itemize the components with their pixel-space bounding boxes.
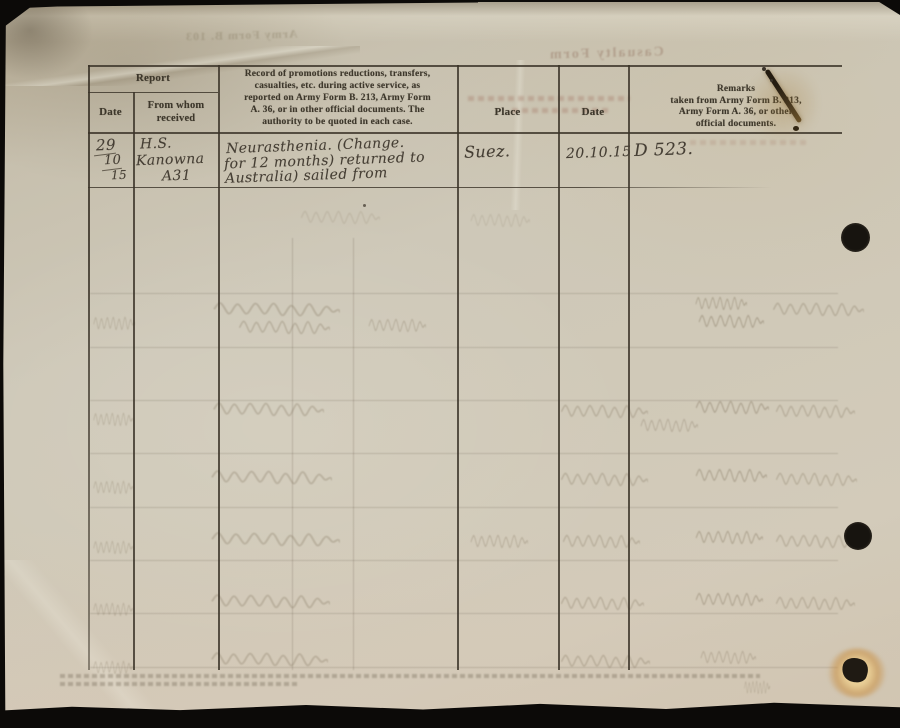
date-column-rule	[133, 92, 135, 670]
bleed-through-handwriting	[93, 601, 133, 616]
bleed-through-handwriting	[695, 529, 763, 545]
bleed-through-handwriting	[775, 471, 857, 487]
bleed-through-handwriting	[695, 295, 747, 310]
record-note-line: casualties, etc. during active service, …	[221, 80, 454, 92]
report-subheader-rule	[88, 92, 218, 93]
punch-hole	[844, 522, 872, 550]
bleed-through-handwriting	[93, 411, 133, 426]
bleed-through-rule	[90, 613, 838, 614]
bleed-through-handwriting	[368, 317, 426, 333]
bleed-through-rule	[90, 347, 838, 348]
bleed-through-handwriting	[238, 319, 330, 335]
bleed-through-handwriting	[300, 209, 380, 225]
record-note-line: A. 36, or in other official documents. T…	[221, 104, 454, 116]
report-group-header: Report	[88, 72, 218, 84]
bleed-through-handwriting	[700, 649, 756, 664]
bleed-through-rule	[353, 238, 354, 670]
entry-remarks-reference: D 523.	[634, 139, 694, 161]
bleed-through-handwriting	[695, 591, 763, 607]
entry-report-date-day: 29	[96, 136, 117, 155]
bleed-through-handwriting	[560, 653, 650, 669]
place-column-rule	[558, 65, 560, 670]
date-header: Date	[558, 106, 628, 118]
record-note-line: reported on Army Form B. 213, Army Form	[221, 92, 454, 104]
entry-place: Suez.	[464, 141, 511, 162]
bleed-through-handwriting	[775, 403, 855, 419]
bleed-through-handwriting	[470, 533, 528, 549]
bleed-through-print	[60, 682, 300, 686]
bleed-through-handwriting	[560, 471, 648, 487]
fromwhom-column-rule	[218, 65, 220, 670]
bleed-through-rule	[90, 667, 838, 668]
place-header: Place	[457, 106, 558, 118]
record-note-line: Record of promotions reductions, transfe…	[221, 68, 454, 80]
bleed-through-handwriting	[744, 680, 770, 695]
bleed-through-rule	[90, 293, 838, 294]
entry-from-whom-ship-number: A31	[162, 167, 192, 184]
bleed-through-handwriting	[640, 417, 698, 433]
ink-smudge-halo	[748, 62, 818, 146]
ink-speck	[762, 67, 766, 71]
ghost-form-number: Army Form B. 103	[185, 27, 298, 45]
bleed-through-handwriting	[212, 401, 324, 418]
scanned-casualty-form-page: Army Form B. 103 Casualty Form	[0, 0, 900, 728]
record-note-line: authority to be quoted in each case.	[221, 116, 454, 128]
entry-report-date-year: 15	[111, 168, 128, 183]
bleed-through-handwriting	[560, 403, 648, 419]
entry-date: 20.10.15	[566, 144, 632, 162]
bleed-through-handwriting	[775, 595, 855, 611]
bleed-through-handwriting	[93, 315, 135, 330]
record-column-note: Record of promotions reductions, transfe…	[221, 68, 454, 128]
bleed-through-handwriting	[93, 479, 133, 494]
entry-from-whom-ship-name: Kanowna	[136, 151, 205, 169]
bleed-through-handwriting	[695, 467, 767, 483]
ink-speck	[363, 204, 366, 207]
bleed-through-rule	[90, 560, 838, 561]
record-column-rule	[457, 65, 459, 670]
from-whom-header: From whom received	[137, 99, 215, 125]
bleed-through-handwriting	[93, 659, 133, 674]
bleed-through-handwriting	[695, 399, 769, 415]
table-left-rule	[88, 65, 90, 670]
bleed-through-print	[60, 674, 760, 678]
ghost-form-title: Casualty Form	[548, 44, 664, 63]
table-top-rule	[88, 65, 842, 67]
ink-speck	[770, 79, 773, 82]
entry-from-whom-ship-prefix: H.S.	[140, 135, 172, 152]
bleed-through-handwriting	[772, 301, 864, 317]
bleed-through-handwriting	[93, 539, 133, 554]
bleed-through-print	[468, 96, 630, 101]
report-date-header: Date	[88, 106, 133, 118]
ink-speck	[793, 126, 799, 131]
header-bottom-rule	[88, 132, 842, 134]
bleed-through-rule	[90, 507, 838, 508]
entry-report-date-month: 10	[104, 153, 122, 169]
bleed-through-handwriting	[560, 595, 644, 611]
bleed-through-rule	[90, 453, 838, 454]
bleed-through-handwriting	[470, 212, 530, 228]
punch-hole	[841, 223, 870, 252]
entry-bottom-rule	[88, 187, 772, 188]
bleed-through-handwriting	[698, 313, 764, 329]
